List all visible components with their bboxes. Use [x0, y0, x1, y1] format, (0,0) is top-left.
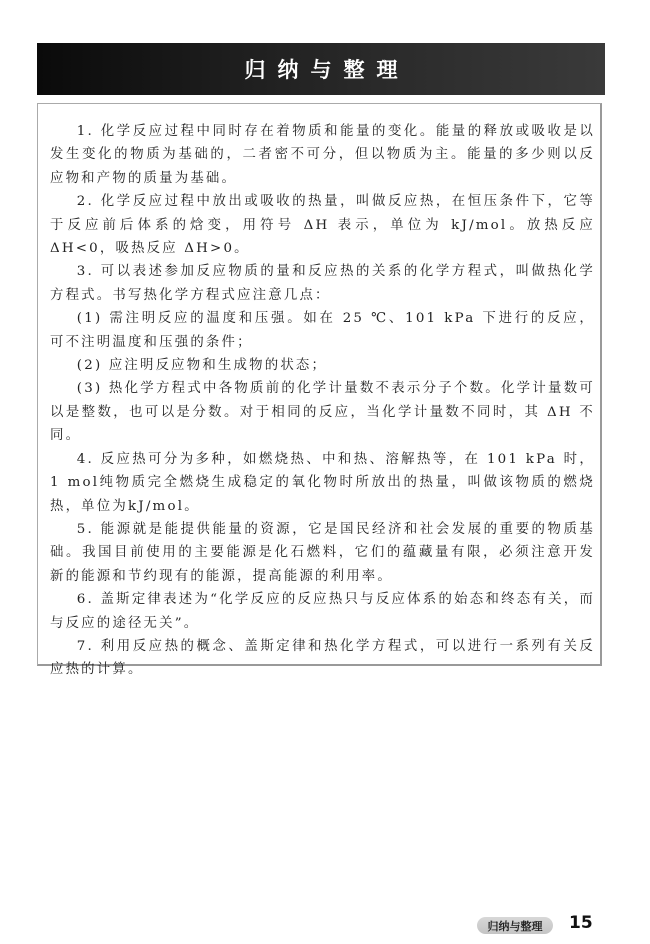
footer-section-label: 归纳与整理 [477, 917, 553, 934]
summary-point-4: 4. 反应热可分为多种，如燃烧热、中和热、溶解热等，在 101 kPa 时，1 … [50, 448, 595, 518]
section-header-bar: 归纳与整理 [37, 43, 605, 95]
summary-content: 1. 化学反应过程中同时存在着物质和能量的变化。能量的释放或吸收是以发生变化的物… [50, 120, 595, 682]
summary-point-1: 1. 化学反应过程中同时存在着物质和能量的变化。能量的释放或吸收是以发生变化的物… [50, 120, 595, 190]
summary-point-3: 3. 可以表述参加反应物质的量和反应热的关系的化学方程式，叫做热化学方程式。书写… [50, 260, 595, 307]
summary-point-2: 2. 化学反应过程中放出或吸收的热量，叫做反应热，在恒压条件下，它等于反应前后体… [50, 190, 595, 260]
summary-point-3-sub-1: (1) 需注明反应的温度和压强。如在 25 ℃、101 kPa 下进行的反应，可… [50, 307, 595, 354]
summary-point-6: 6. 盖斯定律表述为“化学反应的反应热只与反应体系的始态和终态有关，而与反应的途… [50, 588, 595, 635]
summary-point-5: 5. 能源就是能提供能量的资源，它是国民经济和社会发展的重要的物质基础。我国目前… [50, 518, 595, 588]
summary-point-7: 7. 利用反应热的概念、盖斯定律和热化学方程式，可以进行一系列有关反应热的计算。 [50, 635, 595, 682]
section-title: 归纳与整理 [233, 54, 410, 84]
page-number: 15 [569, 913, 593, 933]
summary-point-3-sub-2: (2) 应注明反应物和生成物的状态； [50, 354, 595, 377]
summary-point-3-sub-3: (3) 热化学方程式中各物质前的化学计量数不表示分子个数。化学计量数可以是整数，… [50, 377, 595, 447]
